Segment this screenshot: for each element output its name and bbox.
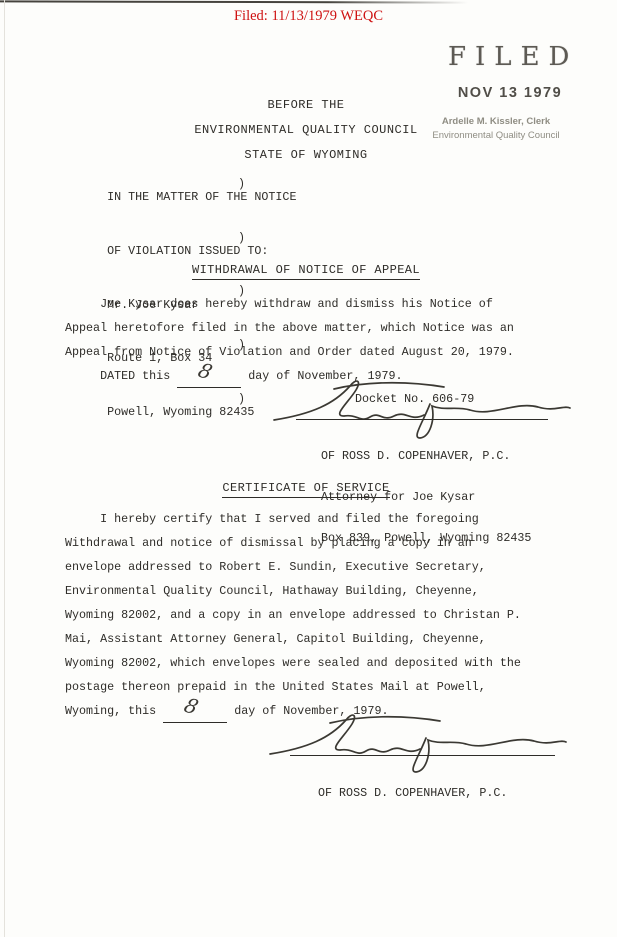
filed-stamp: FILED (448, 42, 608, 72)
attorney-name: OF ROSS D. COPENHAVER, P.C. (318, 787, 507, 801)
certificate-body: I hereby certify that I served and filed… (65, 507, 565, 723)
paragraph-line: Wyoming 82002, which envelopes were seal… (65, 651, 565, 675)
certificate-title: CERTIFICATE OF SERVICE (0, 481, 612, 495)
caption-paren: ) (238, 232, 245, 245)
efiling-banner: Filed: 11/13/1979 WEQC (0, 8, 617, 25)
date-blank-underline: 8 (163, 708, 227, 723)
paragraph-line: Joe Kysar does hereby withdraw and dismi… (65, 292, 565, 316)
scan-edge-artifact-top (0, 0, 468, 3)
paragraph-line: postage thereon prepaid in the United St… (65, 675, 565, 699)
caption-line: IN THE MATTER OF THE NOTICE (107, 190, 296, 204)
caption-paren: ) (238, 393, 245, 406)
paragraph-line: Wyoming 82002, and a copy in an envelope… (65, 603, 565, 627)
attorney-name: OF ROSS D. COPENHAVER, P.C. (321, 450, 531, 464)
court-header-line2: ENVIRONMENTAL QUALITY COUNCIL (0, 118, 612, 143)
court-header-line1: BEFORE THE (0, 93, 612, 118)
signature-line (290, 755, 555, 756)
signature-line (296, 419, 548, 420)
caption-line: OF VIOLATION ISSUED TO: (107, 244, 268, 258)
attorney-signature-block: OF ROSS D. COPENHAVER, P.C. (318, 760, 507, 828)
caption-row: IN THE MATTER OF THE NOTICE ) (65, 178, 565, 232)
withdrawal-body: Joe Kysar does hereby withdraw and dismi… (65, 292, 565, 388)
document-page: Filed: 11/13/1979 WEQC FILED NOV 13 1979… (0, 0, 617, 937)
dated-prefix: DATED this (65, 364, 170, 388)
dated-prefix: Wyoming, this (65, 699, 156, 723)
paragraph-line: I hereby certify that I served and filed… (65, 507, 565, 531)
paragraph-line: Appeal heretofore filed in the above mat… (65, 316, 565, 340)
paragraph-line: Withdrawal and notice of dismissal by pl… (65, 531, 565, 555)
paragraph-line: envelope addressed to Robert E. Sundin, … (65, 555, 565, 579)
paragraph-line: Appeal from Notice of Violation and Orde… (65, 340, 565, 364)
court-header: BEFORE THE ENVIRONMENTAL QUALITY COUNCIL… (0, 93, 612, 168)
date-blank-underline: 8 (177, 373, 241, 388)
paragraph-line: Environmental Quality Council, Hathaway … (65, 579, 565, 603)
court-header-line3: STATE OF WYOMING (0, 143, 612, 168)
caption-paren: ) (238, 178, 245, 191)
withdrawal-title: WITHDRAWAL OF NOTICE OF APPEAL (0, 263, 612, 277)
paragraph-line: Mai, Assistant Attorney General, Capitol… (65, 627, 565, 651)
